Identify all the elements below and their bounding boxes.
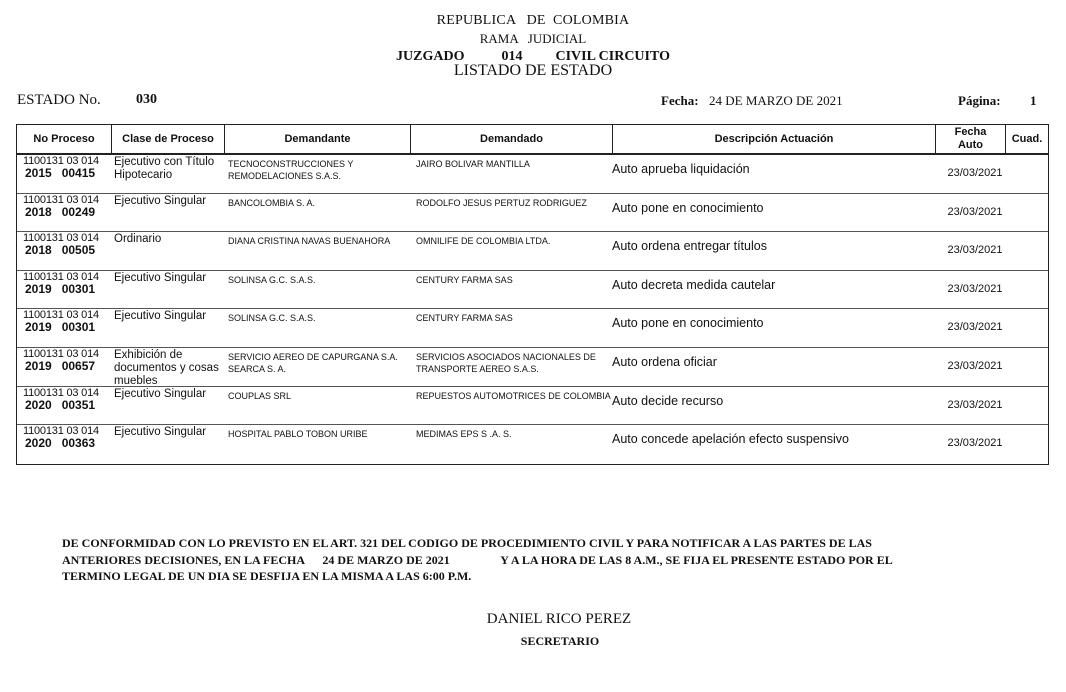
proceso-year: 2019 (25, 320, 52, 334)
proceso-number: 201900301 (25, 320, 95, 334)
header-country: REPUBLICA DE COLOMBIA (0, 13, 1066, 29)
table-row: 1100131 03 014 201800505 Ordinario DIANA… (17, 232, 1048, 271)
col-clase: Clase de Proceso (112, 125, 225, 153)
table-row: 1100131 03 014 201500415 Ejecutivo con T… (17, 155, 1048, 194)
estado-label: ESTADO No. (17, 92, 101, 109)
fecha-auto: 23/03/2021 (939, 321, 1011, 333)
proceso-number: 202000351 (25, 398, 95, 412)
demandado: REPUESTOS AUTOMOTRICES DE COLOMBIA (416, 390, 614, 402)
demandante: DIANA CRISTINA NAVAS BUENAHORA (228, 235, 413, 247)
col-demandante: Demandante (225, 125, 411, 153)
col-fecha-auto-line2: Auto (958, 139, 983, 152)
header-branch: RAMA JUDICIAL (0, 31, 1066, 47)
fecha-auto: 23/03/2021 (939, 206, 1011, 218)
estado-number: 030 (136, 92, 157, 108)
col-demandado: Demandado (411, 125, 613, 153)
signer-role: SECRETARIO (0, 634, 1066, 649)
demandante: SOLINSA G.C. S.A.S. (228, 274, 413, 286)
table-header: No Proceso Clase de Proceso Demandante D… (17, 125, 1048, 155)
proceso-seq: 00249 (62, 205, 95, 219)
table-row: 1100131 03 014 201900301 Ejecutivo Singu… (17, 271, 1048, 310)
demandante: TECNOCONSTRUCCIONES Y REMODELACIONES S.A… (228, 158, 413, 182)
col-cuad: Cuad. (1006, 125, 1048, 153)
descripcion-actuacion: Auto decide recurso (612, 394, 942, 408)
clase-proceso: Ejecutivo Singular (114, 388, 232, 401)
estado-table: No Proceso Clase de Proceso Demandante D… (16, 124, 1049, 465)
fecha-value: 24 DE MARZO DE 2021 (709, 93, 843, 109)
proceso-year: 2019 (25, 359, 52, 373)
notice-line-3: TERMINO LEGAL DE UN DIA SE DESFIJA EN LA… (62, 569, 471, 584)
demandado: RODOLFO JESUS PERTUZ RODRIGUEZ (416, 197, 614, 209)
proceso-year: 2020 (25, 398, 52, 412)
proceso-number: 201800505 (25, 243, 95, 257)
clase-proceso: Ordinario (114, 233, 232, 246)
demandante: HOSPITAL PABLO TOBON URIBE (228, 428, 413, 440)
pagina-value: 1 (1030, 93, 1037, 109)
demandante: SERVICIO AEREO DE CAPURGANA S.A. SEARCA … (228, 351, 413, 375)
table-row: 1100131 03 014 201800249 Ejecutivo Singu… (17, 194, 1048, 233)
clase-proceso: Ejecutivo Singular (114, 272, 232, 285)
fecha-auto: 23/03/2021 (939, 399, 1011, 411)
col-descripcion: Descripción Actuación (613, 125, 936, 153)
table-row: 1100131 03 014 202000351 Ejecutivo Singu… (17, 387, 1048, 426)
proceso-seq: 00415 (62, 166, 95, 180)
proceso-seq: 00363 (62, 436, 95, 450)
col-fecha-auto: Fecha Auto (936, 125, 1006, 153)
demandante: BANCOLOMBIA S. A. (228, 197, 413, 209)
notice-line-1: DE CONFORMIDAD CON LO PREVISTO EN EL ART… (62, 536, 872, 551)
proceso-number: 201500415 (25, 166, 95, 180)
proceso-seq: 00301 (62, 320, 95, 334)
table-row: 1100131 03 014 201900301 Ejecutivo Singu… (17, 309, 1048, 348)
clase-proceso: Ejecutivo Singular (114, 310, 232, 323)
descripcion-actuacion: Auto pone en conocimiento (612, 316, 942, 330)
proceso-number: 202000363 (25, 436, 95, 450)
proceso-seq: 00505 (62, 243, 95, 257)
proceso-year: 2020 (25, 436, 52, 450)
demandado: JAIRO BOLIVAR MANTILLA (416, 158, 614, 170)
proceso-year: 2015 (25, 166, 52, 180)
demandado: CENTURY FARMA SAS (416, 312, 614, 324)
notice-line-2: ANTERIORES DECISIONES, EN LA FECHA 24 DE… (62, 553, 893, 568)
col-fecha-auto-line1: Fecha (955, 126, 987, 139)
proceso-seq: 00351 (62, 398, 95, 412)
document-title: LISTADO DE ESTADO (0, 62, 1066, 80)
proceso-year: 2019 (25, 282, 52, 296)
descripcion-actuacion: Auto ordena entregar títulos (612, 239, 942, 253)
clase-proceso: Ejecutivo Singular (114, 426, 232, 439)
clase-proceso: Ejecutivo con Título Hipotecario (114, 156, 232, 182)
descripcion-actuacion: Auto concede apelación efecto suspensivo (612, 432, 942, 446)
col-no-proceso: No Proceso (17, 125, 112, 153)
proceso-year: 2018 (25, 205, 52, 219)
proceso-number: 201900301 (25, 282, 95, 296)
demandante: COUPLAS SRL (228, 390, 413, 402)
proceso-number: 201800249 (25, 205, 95, 219)
demandado: CENTURY FARMA SAS (416, 274, 614, 286)
fecha-auto: 23/03/2021 (939, 167, 1011, 179)
fecha-auto: 23/03/2021 (939, 437, 1011, 449)
pagina-label: Página: (958, 93, 1001, 109)
demandado: MEDIMAS EPS S .A. S. (416, 428, 614, 440)
fecha-label: Fecha: (661, 93, 699, 109)
proceso-seq: 00301 (62, 282, 95, 296)
fecha-auto: 23/03/2021 (939, 283, 1011, 295)
descripcion-actuacion: Auto aprueba liquidación (612, 162, 942, 176)
demandante: SOLINSA G.C. S.A.S. (228, 312, 413, 324)
fecha-auto: 23/03/2021 (939, 360, 1011, 372)
descripcion-actuacion: Auto ordena oficiar (612, 355, 942, 369)
descripcion-actuacion: Auto pone en conocimiento (612, 201, 942, 215)
clase-proceso: Ejecutivo Singular (114, 195, 232, 208)
fecha-auto: 23/03/2021 (939, 244, 1011, 256)
demandado: OMNILIFE DE COLOMBIA LTDA. (416, 235, 614, 247)
signer-name: DANIEL RICO PEREZ (0, 611, 1066, 628)
proceso-year: 2018 (25, 243, 52, 257)
descripcion-actuacion: Auto decreta medida cautelar (612, 278, 942, 292)
demandado: SERVICIOS ASOCIADOS NACIONALES DE TRANSP… (416, 351, 614, 375)
clase-proceso: Exhibición de documentos y cosas muebles (114, 349, 232, 388)
table-row: 1100131 03 014 201900657 Exhibición de d… (17, 348, 1048, 387)
proceso-seq: 00657 (62, 359, 95, 373)
table-row: 1100131 03 014 202000363 Ejecutivo Singu… (17, 425, 1048, 464)
proceso-number: 201900657 (25, 359, 95, 373)
